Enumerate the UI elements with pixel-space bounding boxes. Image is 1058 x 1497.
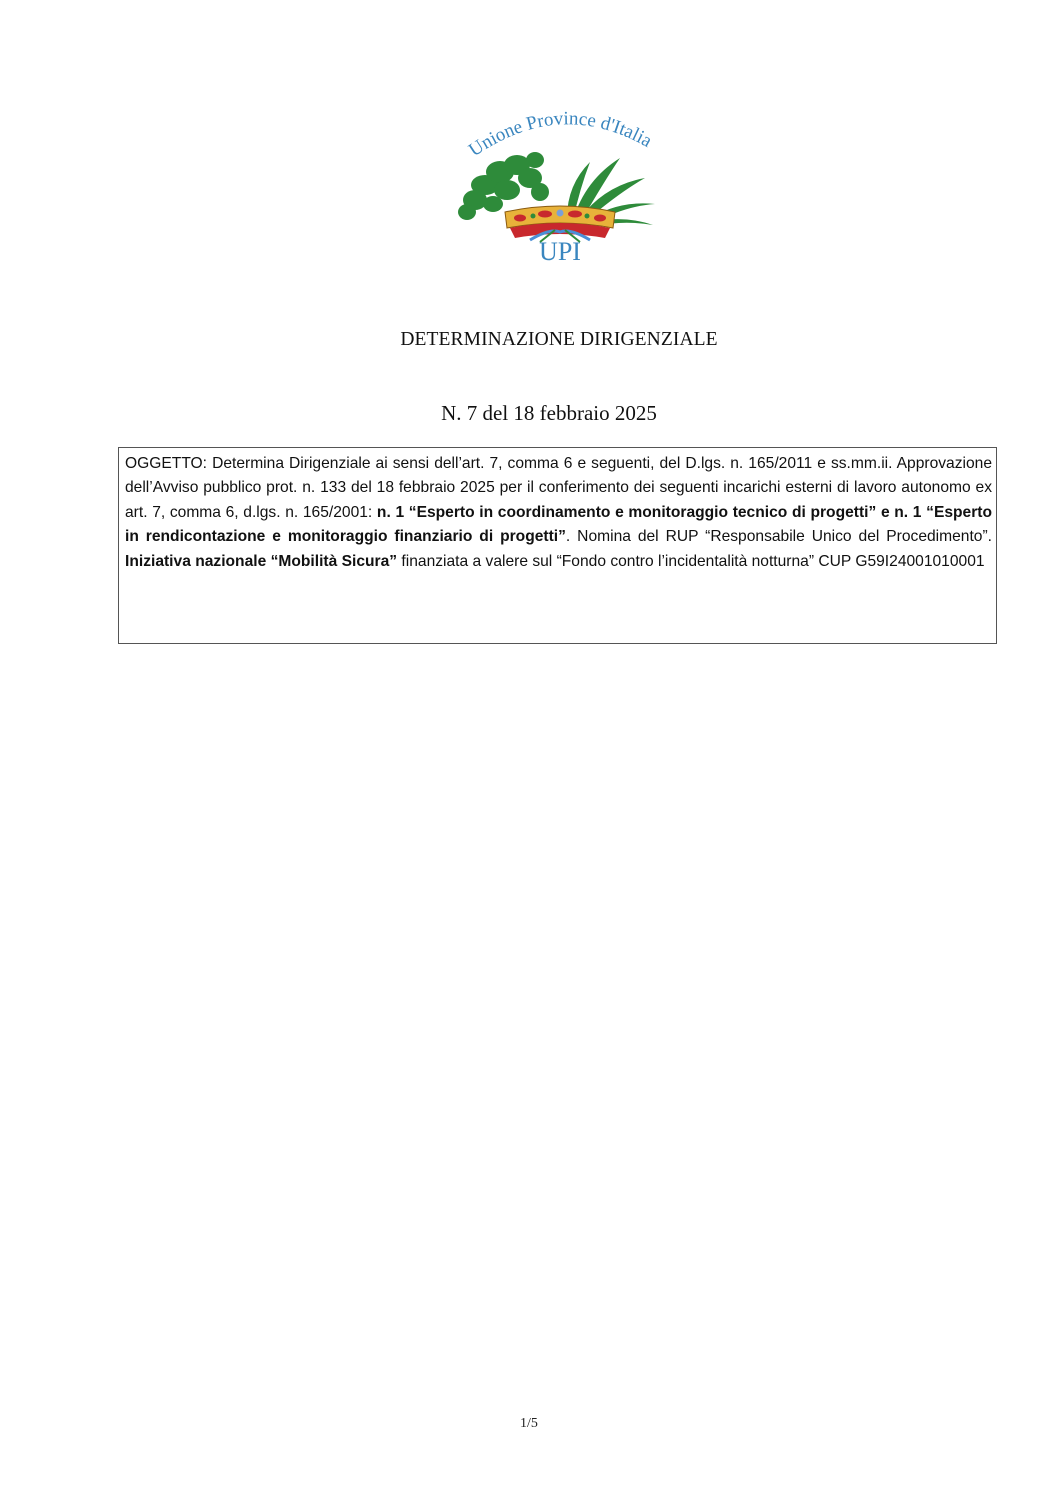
logo-arc-text: Unione Province d'Italia: [465, 108, 656, 161]
subject-text: OGGETTO: Determina Dirigenziale ai sensi…: [125, 452, 992, 574]
upi-logo: Unione Province d'Italia: [455, 100, 665, 265]
subject-bold-segment: n. 1 “Esperto in coordinamento e monitor…: [377, 504, 881, 521]
document-title: DETERMINAZIONE DIRIGENZIALE: [0, 329, 1058, 351]
document-page: Unione Province d'Italia: [0, 0, 1058, 1497]
subject-box: OGGETTO: Determina Dirigenziale ai sensi…: [118, 447, 997, 644]
document-number: N. 7 del 18 febbraio 2025: [0, 401, 1058, 426]
subject-segment: finanziata a valere sul “Fondo contro l’…: [397, 553, 984, 570]
subject-bold-segment: Iniziativa nazionale “Mobilità Sicura”: [125, 553, 397, 570]
logo-acronym: UPI: [539, 237, 581, 265]
subject-segment: . Nomina del RUP “Responsabile Unico del…: [566, 528, 992, 545]
subject-bold-segment: e n. 1: [881, 504, 926, 521]
page-number: 1/5: [0, 1416, 1058, 1432]
